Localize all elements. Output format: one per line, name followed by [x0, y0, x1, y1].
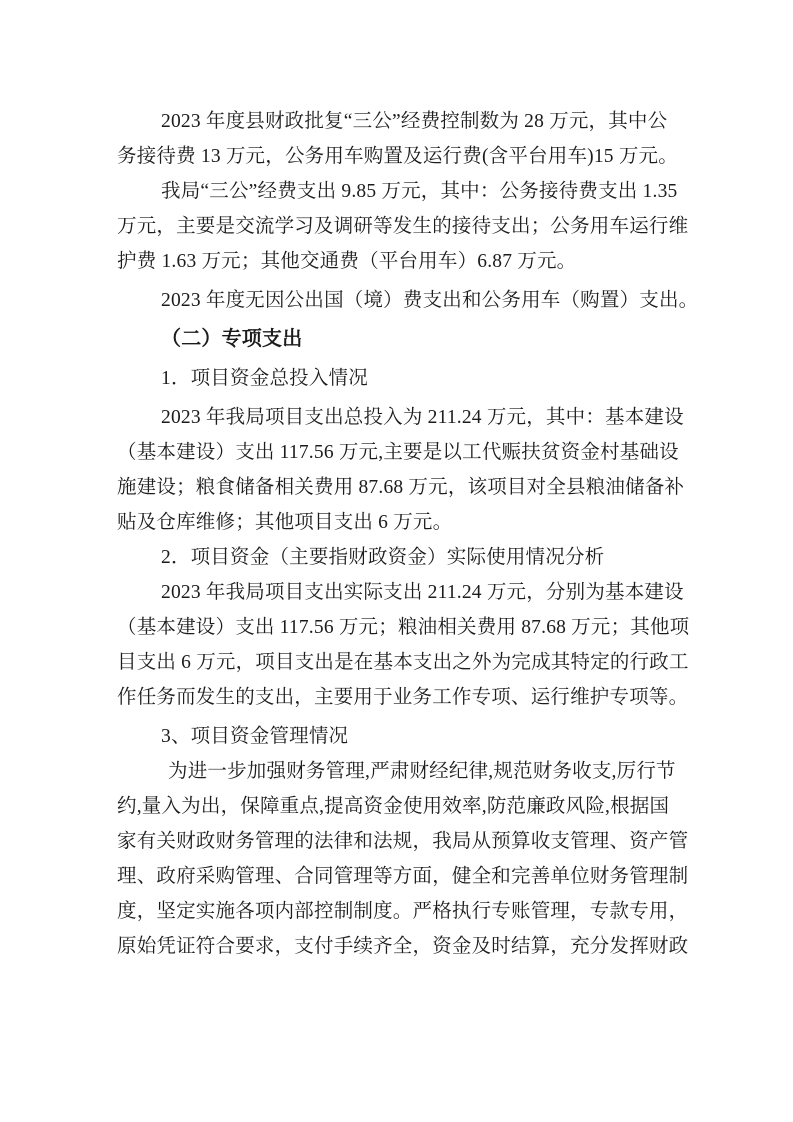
- text-line: 我局“三公”经费支出 9.85 万元，其中：公务接待费支出 1.35: [117, 174, 683, 209]
- text-line: （基本建设）支出 117.56 万元；粮油相关费用 87.68 万元；其他项: [117, 610, 683, 645]
- text-line: 2023 年我局项目支出实际支出 211.24 万元，分别为基本建设: [117, 575, 683, 610]
- text-line: 1．项目资金总投入情况: [117, 361, 683, 396]
- text-line: 2023 年度县财政批复“三公”经费控制数为 28 万元，其中公: [117, 104, 683, 139]
- paragraph-sangong-expenditure: 我局“三公”经费支出 9.85 万元，其中：公务接待费支出 1.35万元，主要是…: [117, 174, 683, 279]
- text-line: 2023 年度无因公出国（境）费支出和公务用车（购置）支出。: [117, 283, 683, 318]
- paragraph-no-abroad-expenditure: 2023 年度无因公出国（境）费支出和公务用车（购置）支出。: [117, 283, 683, 318]
- document-page: 2023 年度县财政批复“三公”经费控制数为 28 万元，其中公务接待费 13 …: [0, 0, 793, 1122]
- paragraph-sangong-budget-control: 2023 年度县财政批复“三公”经费控制数为 28 万元，其中公务接待费 13 …: [117, 104, 683, 174]
- paragraph-item2-title: 2．项目资金（主要指财政资金）实际使用情况分析: [117, 540, 683, 575]
- text-line: 作任务而发生的支出，主要用于业务工作专项、运行维护专项等。: [117, 680, 683, 715]
- text-line: 万元，主要是交流学习及调研等发生的接待支出；公务用车运行维: [117, 209, 683, 244]
- text-line: 施建设；粮食储备相关费用 87.68 万元，该项目对全县粮油储备补: [117, 470, 683, 505]
- text-line: 为进一步加强财务管理,严肃财经纪律,规范财务收支,厉行节: [117, 754, 683, 789]
- paragraph-item1-title: 1．项目资金总投入情况: [117, 361, 683, 396]
- text-line: 3、项目资金管理情况: [117, 719, 683, 754]
- text-line: 2023 年我局项目支出总投入为 211.24 万元，其中：基本建设: [117, 400, 683, 435]
- paragraph-heading-special-expenditure: （二）专项支出: [117, 322, 683, 357]
- text-line: 目支出 6 万元，项目支出是在基本支出之外为完成其特定的行政工: [117, 645, 683, 680]
- text-line: 度，坚定实施各项内部控制制度。严格执行专账管理，专款专用，: [117, 894, 683, 929]
- paragraph-item3-title: 3、项目资金管理情况: [117, 719, 683, 754]
- text-line: 务接待费 13 万元，公务用车购置及运行费(含平台用车)15 万元。: [117, 139, 683, 174]
- paragraph-item1-body: 2023 年我局项目支出总投入为 211.24 万元，其中：基本建设（基本建设）…: [117, 400, 683, 540]
- document-body: 2023 年度县财政批复“三公”经费控制数为 28 万元，其中公务接待费 13 …: [117, 104, 683, 964]
- text-line: 原始凭证符合要求，支付手续齐全，资金及时结算，充分发挥财政: [117, 929, 683, 964]
- text-line: （基本建设）支出 117.56 万元,主要是以工代赈扶贫资金村基础设: [117, 435, 683, 470]
- text-line: 约,量入为出，保障重点,提高资金使用效率,防范廉政风险,根据国: [117, 789, 683, 824]
- text-line: 贴及仓库维修；其他项目支出 6 万元。: [117, 505, 683, 540]
- paragraph-item3-body: 为进一步加强财务管理,严肃财经纪律,规范财务收支,厉行节约,量入为出，保障重点,…: [117, 754, 683, 964]
- text-line: 护费 1.63 万元；其他交通费（平台用车）6.87 万元。: [117, 244, 683, 279]
- paragraph-item2-body: 2023 年我局项目支出实际支出 211.24 万元，分别为基本建设（基本建设）…: [117, 575, 683, 715]
- text-line: 理、政府采购管理、合同管理等方面，健全和完善单位财务管理制: [117, 859, 683, 894]
- text-line: （二）专项支出: [117, 322, 683, 357]
- text-line: 家有关财政财务管理的法律和法规，我局从预算收支管理、资产管: [117, 824, 683, 859]
- text-line: 2．项目资金（主要指财政资金）实际使用情况分析: [117, 540, 683, 575]
